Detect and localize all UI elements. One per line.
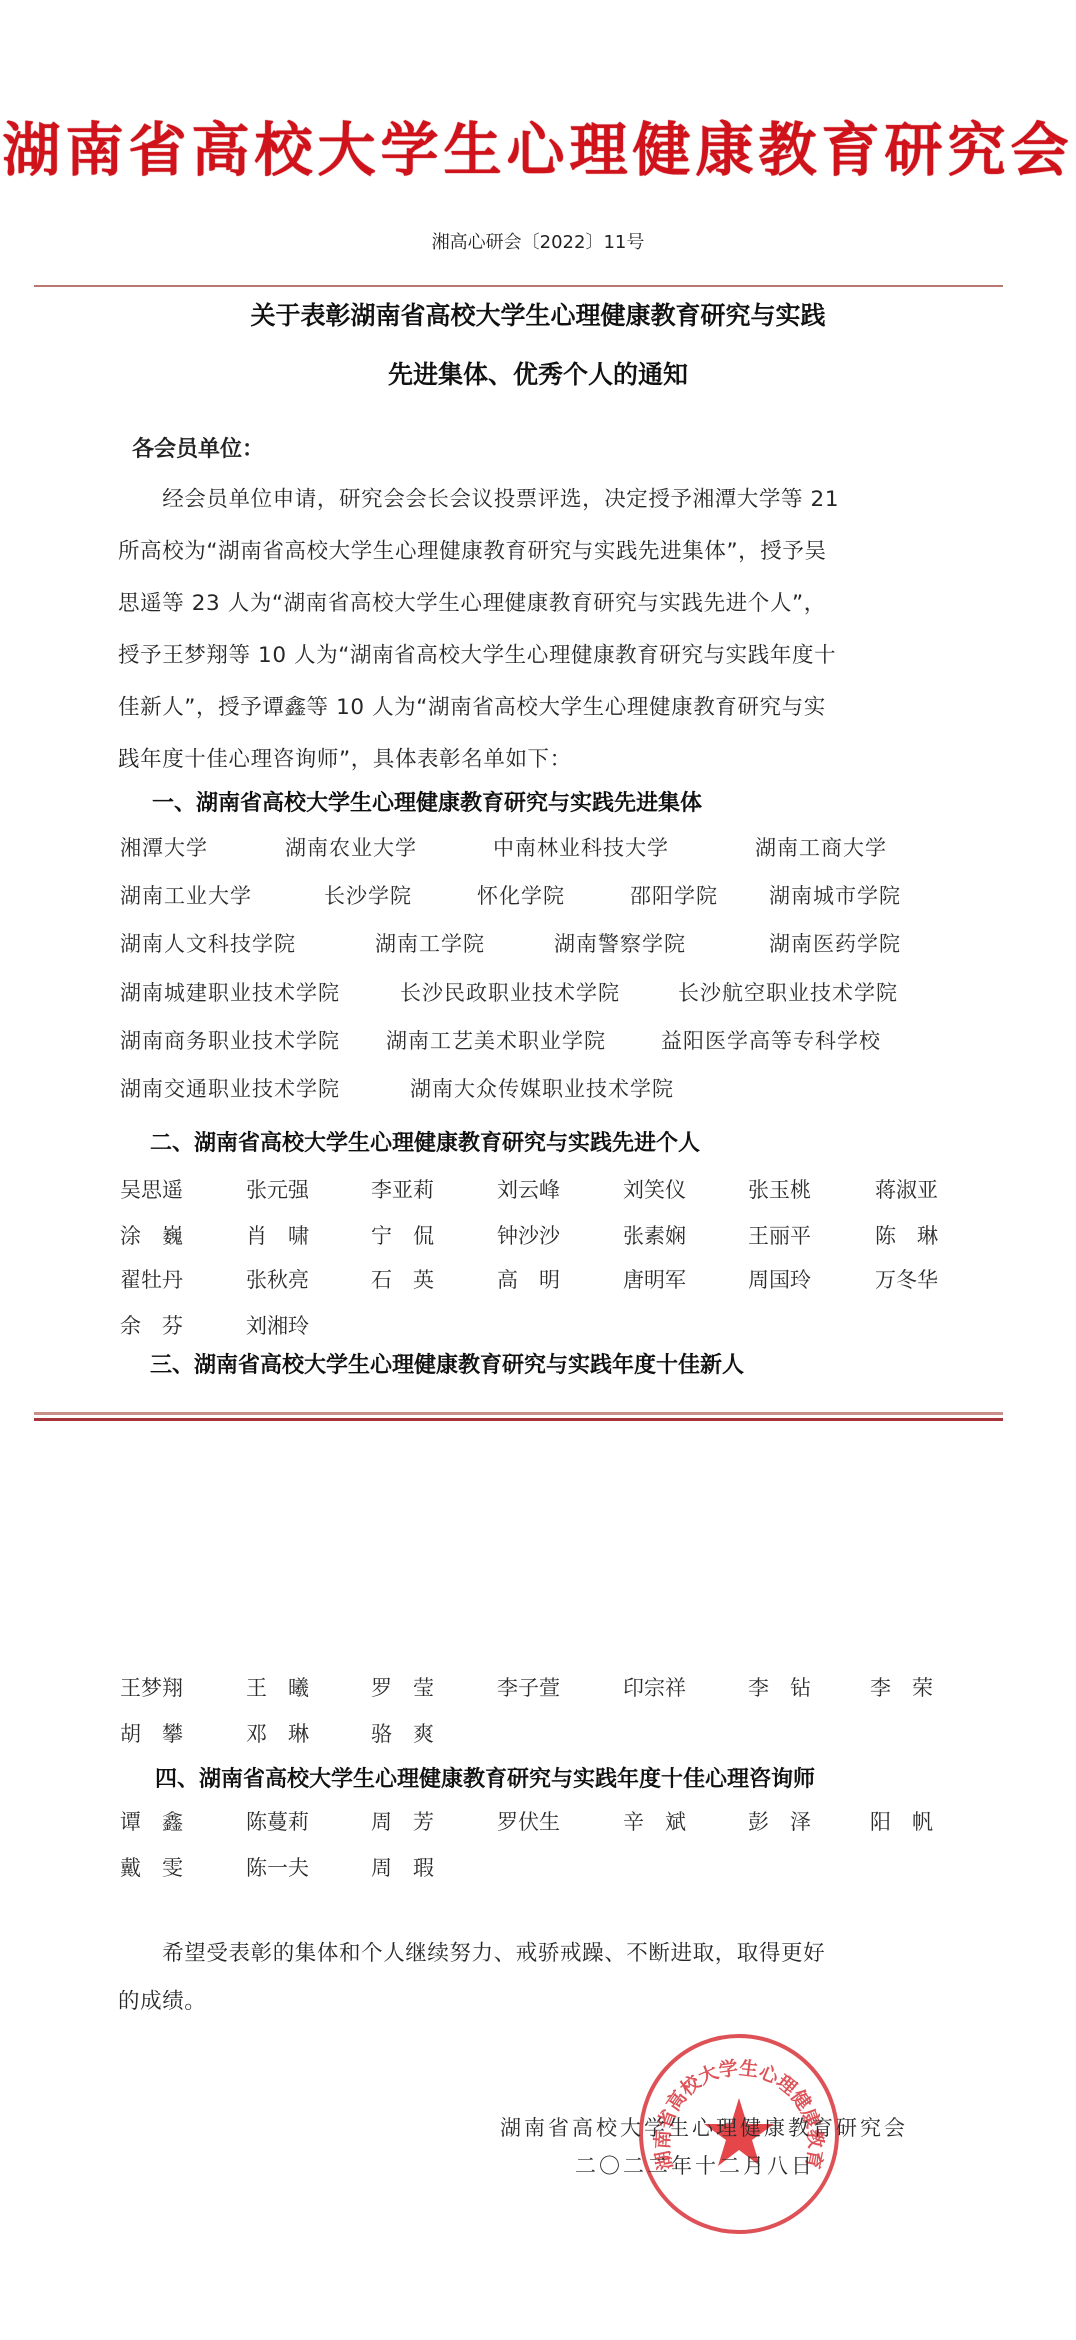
- institution-item: 湖南医药学院: [769, 928, 901, 958]
- honoree-name: 刘湘玲: [246, 1310, 309, 1340]
- intro-line: 思遥等 23 人为“湖南省高校大学生心理健康教育研究与实践先进个人”，: [118, 586, 826, 617]
- institution-item: 湖南警察学院: [554, 928, 686, 958]
- document-number: 湘高心研会〔2022〕11号: [0, 228, 1076, 254]
- honoree-name: 蒋淑亚: [875, 1174, 938, 1204]
- honoree-name: 罗 莹: [371, 1672, 434, 1702]
- institution-item: 湖南工业大学: [120, 880, 252, 910]
- institution-item: 长沙航空职业技术学院: [678, 977, 898, 1007]
- honoree-name: 李子萱: [497, 1672, 560, 1702]
- honoree-name: 辛 斌: [623, 1806, 686, 1836]
- institution-item: 湖南人文科技学院: [120, 928, 296, 958]
- notice-title-line-1: 关于表彰湖南省高校大学生心理健康教育研究与实践: [0, 296, 1076, 332]
- honoree-name: 宁 侃: [371, 1220, 434, 1250]
- notice-title-line-2: 先进集体、优秀个人的通知: [0, 355, 1076, 391]
- institution-item: 邵阳学院: [630, 880, 718, 910]
- closing-line: 希望受表彰的集体和个人继续努力、戒骄戒躁、不断进取，取得更好: [118, 1936, 825, 1967]
- honoree-name: 陈一夫: [246, 1852, 309, 1882]
- honoree-name: 刘笑仪: [623, 1174, 686, 1204]
- honoree-name: 戴 雯: [120, 1852, 183, 1882]
- intro-line: 所高校为“湖南省高校大学生心理健康教育研究与实践先进集体”，授予吴: [118, 534, 827, 565]
- salutation: 各会员单位：: [132, 432, 264, 463]
- honoree-name: 张秋亮: [246, 1264, 309, 1294]
- honoree-name: 骆 爽: [371, 1718, 434, 1748]
- honoree-name: 张素娴: [623, 1220, 686, 1250]
- institution-item: 湖南商务职业技术学院: [120, 1025, 340, 1055]
- honoree-name: 李 钻: [748, 1672, 811, 1702]
- page-break-divider-bottom: [34, 1418, 1003, 1421]
- honoree-name: 吴思遥: [120, 1174, 183, 1204]
- honoree-name: 石 英: [371, 1264, 434, 1294]
- institution-item: 湖南城市学院: [769, 880, 901, 910]
- honoree-name: 王丽平: [748, 1220, 811, 1250]
- honoree-name: 王梦翔: [120, 1672, 183, 1702]
- institution-item: 湖南城建职业技术学院: [120, 977, 340, 1007]
- honoree-name: 陈 琳: [875, 1220, 938, 1250]
- page-break-divider-top: [34, 1412, 1003, 1415]
- honoree-name: 张元强: [246, 1174, 309, 1204]
- honoree-name: 王 曦: [246, 1672, 309, 1702]
- honoree-name: 陈蔓莉: [246, 1806, 309, 1836]
- section-heading-top-ten-newcomers: 三、湖南省高校大学生心理健康教育研究与实践年度十佳新人: [150, 1348, 744, 1379]
- honoree-name: 涂 巍: [120, 1220, 183, 1250]
- header-divider: [34, 285, 1003, 287]
- honoree-name: 高 明: [497, 1264, 560, 1294]
- institution-item: 湖南农业大学: [285, 832, 417, 862]
- intro-line: 授予王梦翔等 10 人为“湖南省高校大学生心理健康教育研究与实践年度十: [118, 638, 836, 669]
- institution-item: 长沙学院: [324, 880, 412, 910]
- honoree-name: 胡 攀: [120, 1718, 183, 1748]
- section-heading-advanced-collectives: 一、湖南省高校大学生心理健康教育研究与实践先进集体: [152, 786, 702, 817]
- honoree-name: 李亚莉: [371, 1174, 434, 1204]
- honoree-name: 周国玲: [748, 1264, 811, 1294]
- intro-line: 佳新人”，授予谭鑫等 10 人为“湖南省高校大学生心理健康教育研究与实: [118, 690, 826, 721]
- honoree-name: 肖 啸: [246, 1220, 309, 1250]
- institution-item: 中南林业科技大学: [493, 832, 669, 862]
- honoree-name: 邓 琳: [246, 1718, 309, 1748]
- honoree-name: 钟沙沙: [497, 1220, 560, 1250]
- institution-item: 长沙民政职业技术学院: [400, 977, 620, 1007]
- honoree-name: 张玉桃: [748, 1174, 811, 1204]
- honoree-name: 彭 泽: [748, 1806, 811, 1836]
- honoree-name: 印宗祥: [623, 1672, 686, 1702]
- institution-item: 湖南大众传媒职业技术学院: [410, 1073, 674, 1103]
- institution-item: 怀化学院: [477, 880, 565, 910]
- institution-item: 湖南交通职业技术学院: [120, 1073, 340, 1103]
- signature-date: 二〇二二年十二月八日: [575, 2150, 815, 2180]
- intro-line: 践年度十佳心理咨询师”，具体表彰名单如下：: [118, 742, 572, 773]
- signature-organization: 湖南省高校大学生心理健康教育研究会: [500, 2112, 908, 2142]
- institution-item: 湖南工学院: [375, 928, 485, 958]
- honoree-name: 万冬华: [875, 1264, 938, 1294]
- institution-item: 湘潭大学: [120, 832, 208, 862]
- honoree-name: 阳 帆: [870, 1806, 933, 1836]
- closing-line: 的成绩。: [118, 1984, 206, 2015]
- honoree-name: 刘云峰: [497, 1174, 560, 1204]
- intro-line: 经会员单位申请，研究会会长会议投票评选，决定授予湘潭大学等 21: [118, 482, 839, 513]
- honoree-name: 唐明军: [623, 1264, 686, 1294]
- honoree-name: 罗伏生: [497, 1806, 560, 1836]
- organization-letterhead: 湖南省高校大学生心理健康教育研究会: [0, 112, 1076, 188]
- section-heading-advanced-individuals: 二、湖南省高校大学生心理健康教育研究与实践先进个人: [150, 1126, 700, 1157]
- honoree-name: 李 荣: [870, 1672, 933, 1702]
- institution-item: 益阳医学高等专科学校: [661, 1025, 881, 1055]
- section-heading-top-ten-counselors: 四、湖南省高校大学生心理健康教育研究与实践年度十佳心理咨询师: [155, 1762, 815, 1793]
- honoree-name: 翟牡丹: [120, 1264, 183, 1294]
- honoree-name: 周 芳: [371, 1806, 434, 1836]
- institution-item: 湖南工商大学: [755, 832, 887, 862]
- honoree-name: 谭 鑫: [120, 1806, 183, 1836]
- honoree-name: 周 瑕: [371, 1852, 434, 1882]
- institution-item: 湖南工艺美术职业学院: [386, 1025, 606, 1055]
- honoree-name: 余 芬: [120, 1310, 183, 1340]
